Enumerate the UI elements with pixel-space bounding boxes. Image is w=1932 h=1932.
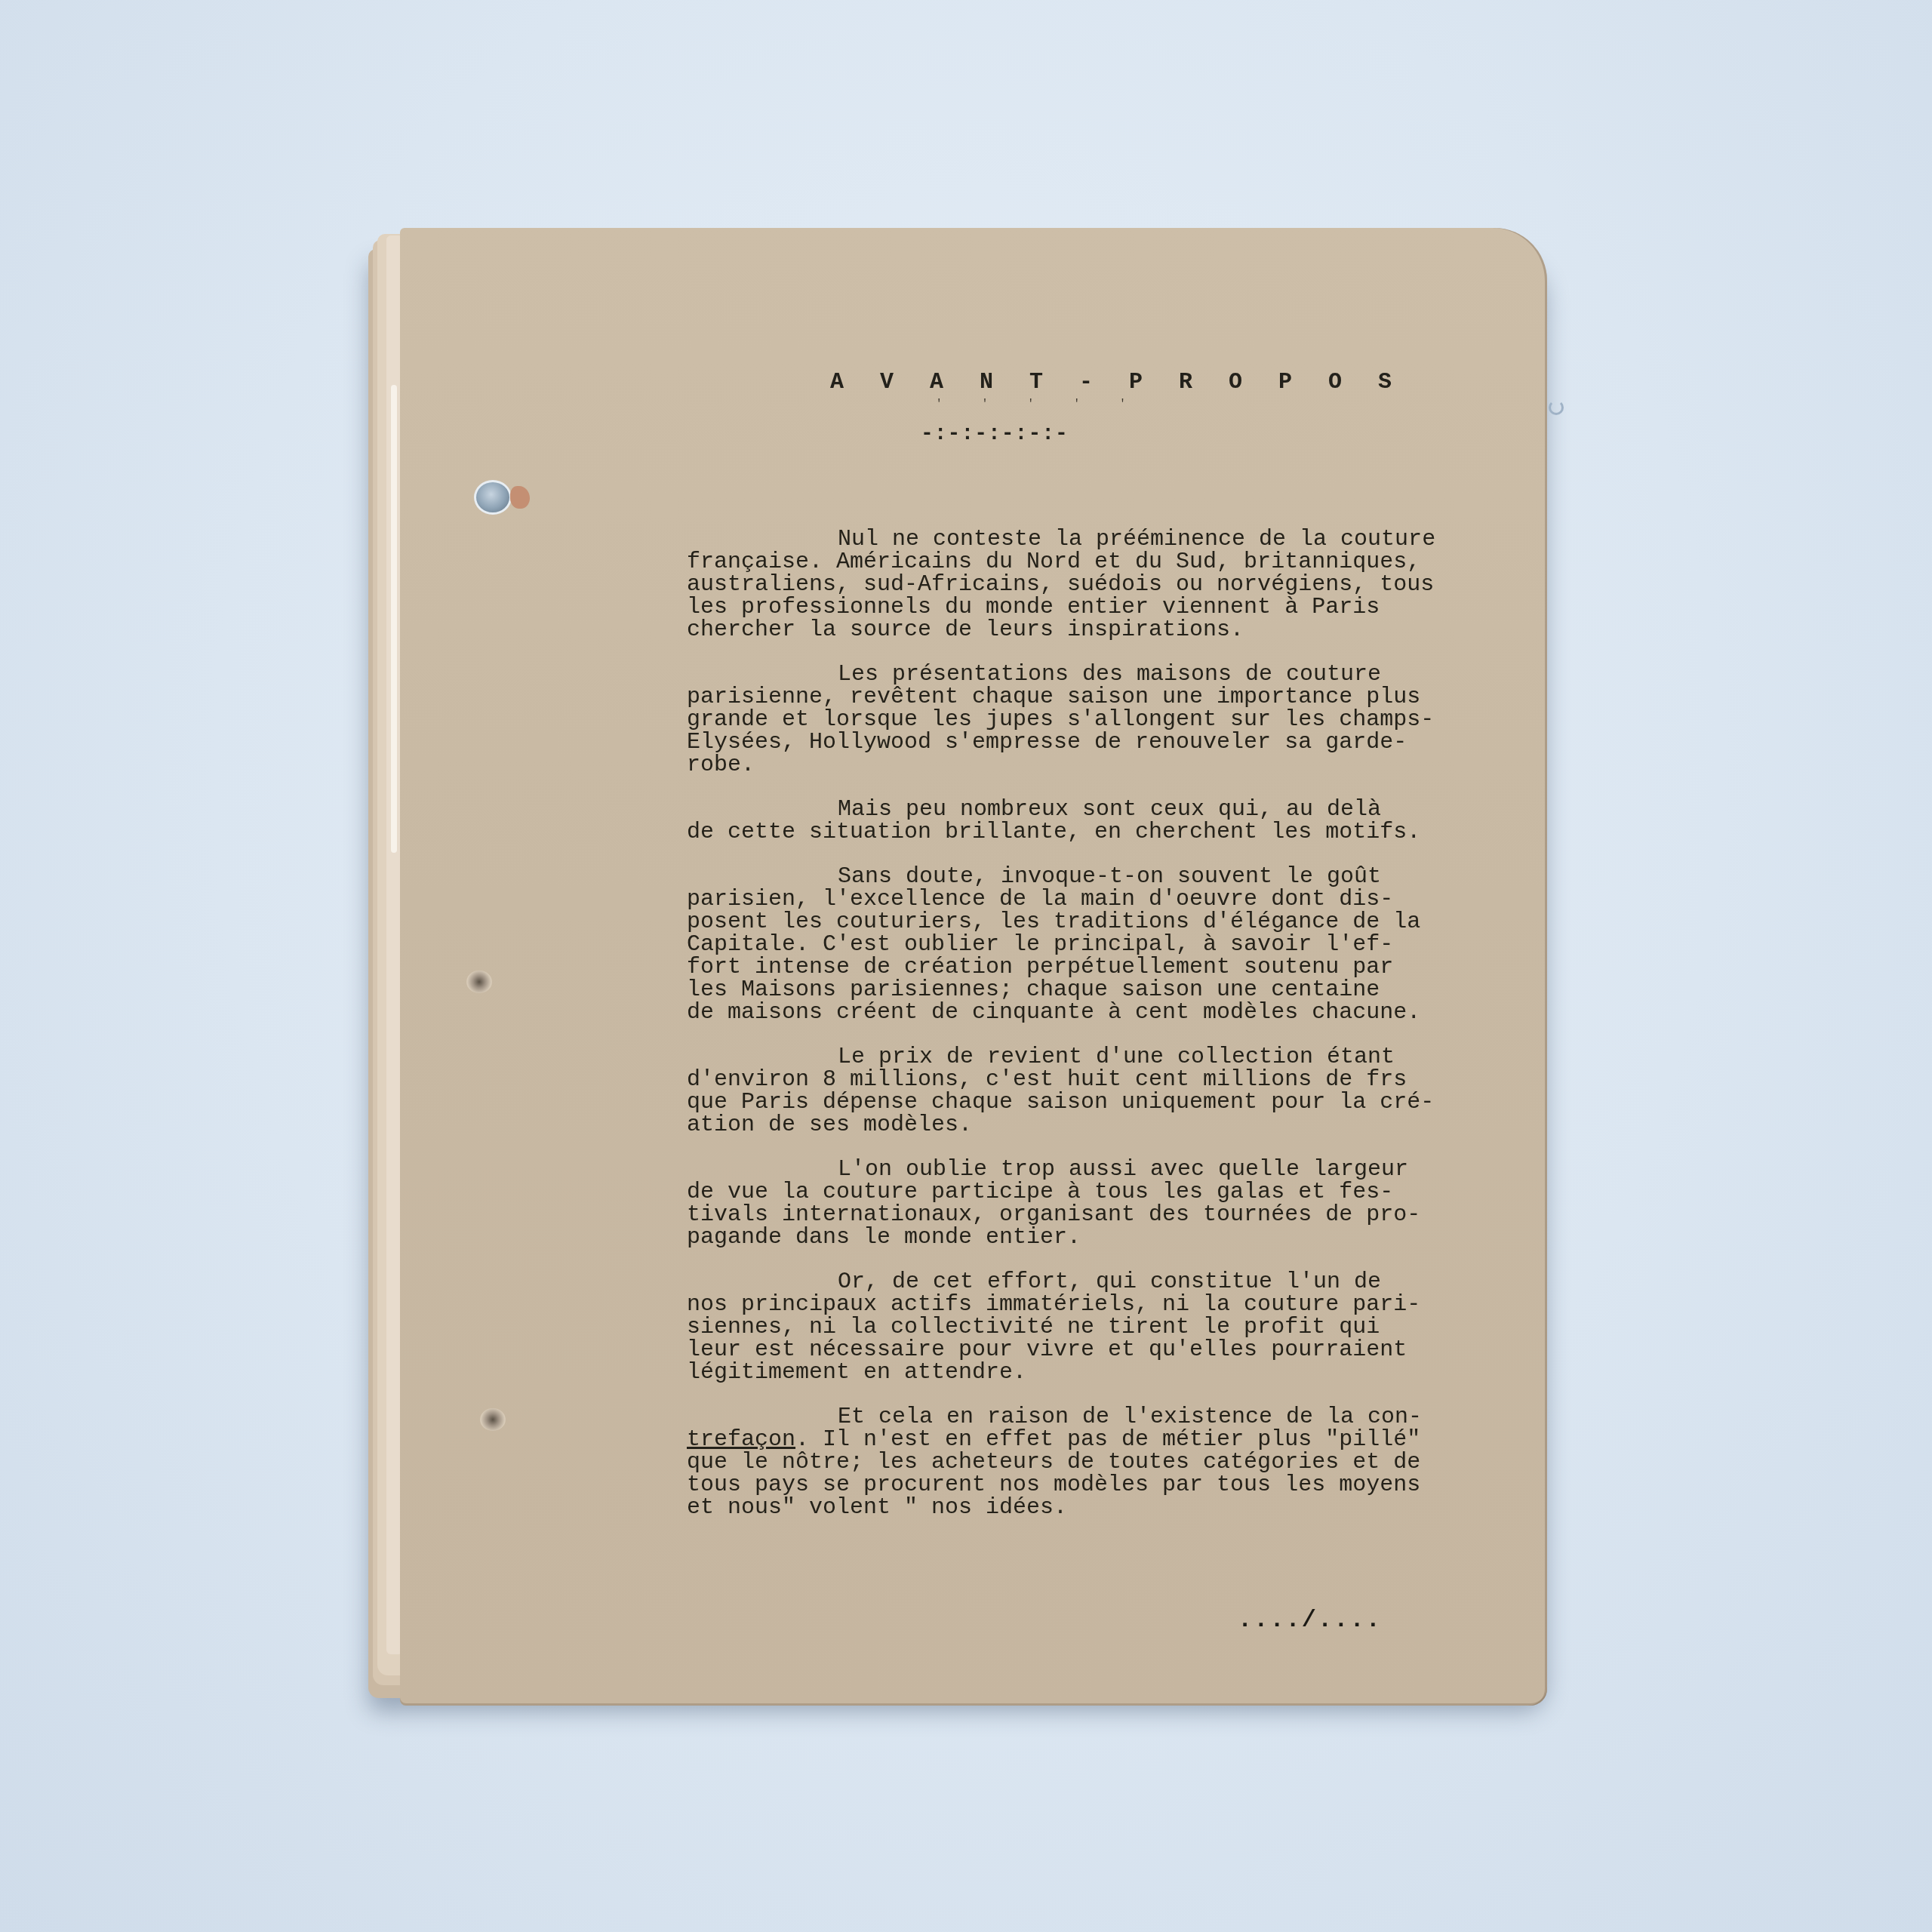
underlined-word: trefaçon	[687, 1427, 795, 1453]
text-line: parisien, l'excellence de la main d'oeuv…	[687, 888, 1441, 911]
text-line: Sans doute, invoque-t-on souvent le goût	[687, 866, 1441, 888]
paragraph: L'on oublie trop aussi avec quelle large…	[687, 1158, 1441, 1249]
text-line: nos principaux actifs immatériels, ni la…	[687, 1294, 1441, 1316]
text-line: Capitale. C'est oublier le principal, à …	[687, 934, 1441, 956]
text-line: Nul ne conteste la prééminence de la cou…	[687, 528, 1441, 551]
text-line: que Paris dépense chaque saison uniqueme…	[687, 1091, 1441, 1114]
text-line: Le prix de revient d'une collection étan…	[687, 1046, 1441, 1069]
document-body: Nul ne conteste la prééminence de la cou…	[687, 528, 1441, 1541]
text-line: tous pays se procurent nos modèles par t…	[687, 1474, 1441, 1497]
text-line: pagande dans le monde entier.	[687, 1226, 1441, 1249]
text-line: et nous" volent " nos idées.	[687, 1497, 1441, 1519]
text-line: Elysées, Hollywood s'empresse de renouve…	[687, 731, 1441, 754]
text-line: posent les couturiers, les traditions d'…	[687, 911, 1441, 934]
text-line: siennes, ni la collectivité ne tirent le…	[687, 1316, 1441, 1339]
text-line: tivals internationaux, organisant des to…	[687, 1204, 1441, 1226]
paragraph: Or, de cet effort, qui constitue l'un de…	[687, 1271, 1441, 1384]
metal-eyelet-icon	[474, 480, 512, 515]
title-tick-marks: ' ' ' ' '	[936, 398, 1143, 411]
text-line: de cette situation brillante, en cherche…	[687, 821, 1441, 844]
text-line: Or, de cet effort, qui constitue l'un de	[687, 1271, 1441, 1294]
punch-hole-icon	[466, 971, 492, 993]
text-line: les Maisons parisiennes; chaque saison u…	[687, 979, 1441, 1001]
document-title: A V A N T - P R O P O S	[830, 370, 1177, 395]
text-line: de vue la couture participe à tous les g…	[687, 1181, 1441, 1204]
paragraph: Les présentations des maisons de couture…	[687, 663, 1441, 777]
continuation-mark: ..../....	[1238, 1606, 1382, 1634]
text-line: leur est nécessaire pour vivre et qu'ell…	[687, 1339, 1441, 1361]
white-paper-edge	[391, 385, 397, 853]
text-line: fort intense de création perpétuellement…	[687, 956, 1441, 979]
paragraph: Sans doute, invoque-t-on souvent le goût…	[687, 866, 1441, 1024]
text-line: L'on oublie trop aussi avec quelle large…	[687, 1158, 1441, 1181]
text-line: de maisons créent de cinquante à cent mo…	[687, 1001, 1441, 1024]
text-line: parisienne, revêtent chaque saison une i…	[687, 686, 1441, 709]
text-line: que le nôtre; les acheteurs de toutes ca…	[687, 1451, 1441, 1474]
thread-snag-icon	[1549, 400, 1564, 415]
punch-hole-icon	[480, 1408, 506, 1431]
text-line: robe.	[687, 754, 1441, 777]
text-line: grande et lorsque les jupes s'allongent …	[687, 709, 1441, 731]
text-line: Les présentations des maisons de couture	[687, 663, 1441, 686]
paragraph: Nul ne conteste la prééminence de la cou…	[687, 528, 1441, 641]
text-line: Mais peu nombreux sont ceux qui, au delà	[687, 798, 1441, 821]
paper-tear-mark	[510, 486, 530, 509]
paragraph: Mais peu nombreux sont ceux qui, au delà…	[687, 798, 1441, 844]
text-line: d'environ 8 millions, c'est huit cent mi…	[687, 1069, 1441, 1091]
text-line: trefaçon. Il n'est en effet pas de métie…	[687, 1429, 1441, 1451]
text-line: chercher la source de leurs inspirations…	[687, 619, 1441, 641]
text-line: ation de ses modèles.	[687, 1114, 1441, 1137]
paragraph: Le prix de revient d'une collection étan…	[687, 1046, 1441, 1137]
text-line: Et cela en raison de l'existence de la c…	[687, 1406, 1441, 1429]
text-line: française. Américains du Nord et du Sud,…	[687, 551, 1441, 574]
text-line: légitimement en attendre.	[687, 1361, 1441, 1384]
paragraph: Et cela en raison de l'existence de la c…	[687, 1406, 1441, 1519]
text-line: les professionnels du monde entier vienn…	[687, 596, 1441, 619]
text-line: australiens, sud-Africains, suédois ou n…	[687, 574, 1441, 596]
title-divider: -:-:-:-:-:-	[921, 423, 1069, 446]
